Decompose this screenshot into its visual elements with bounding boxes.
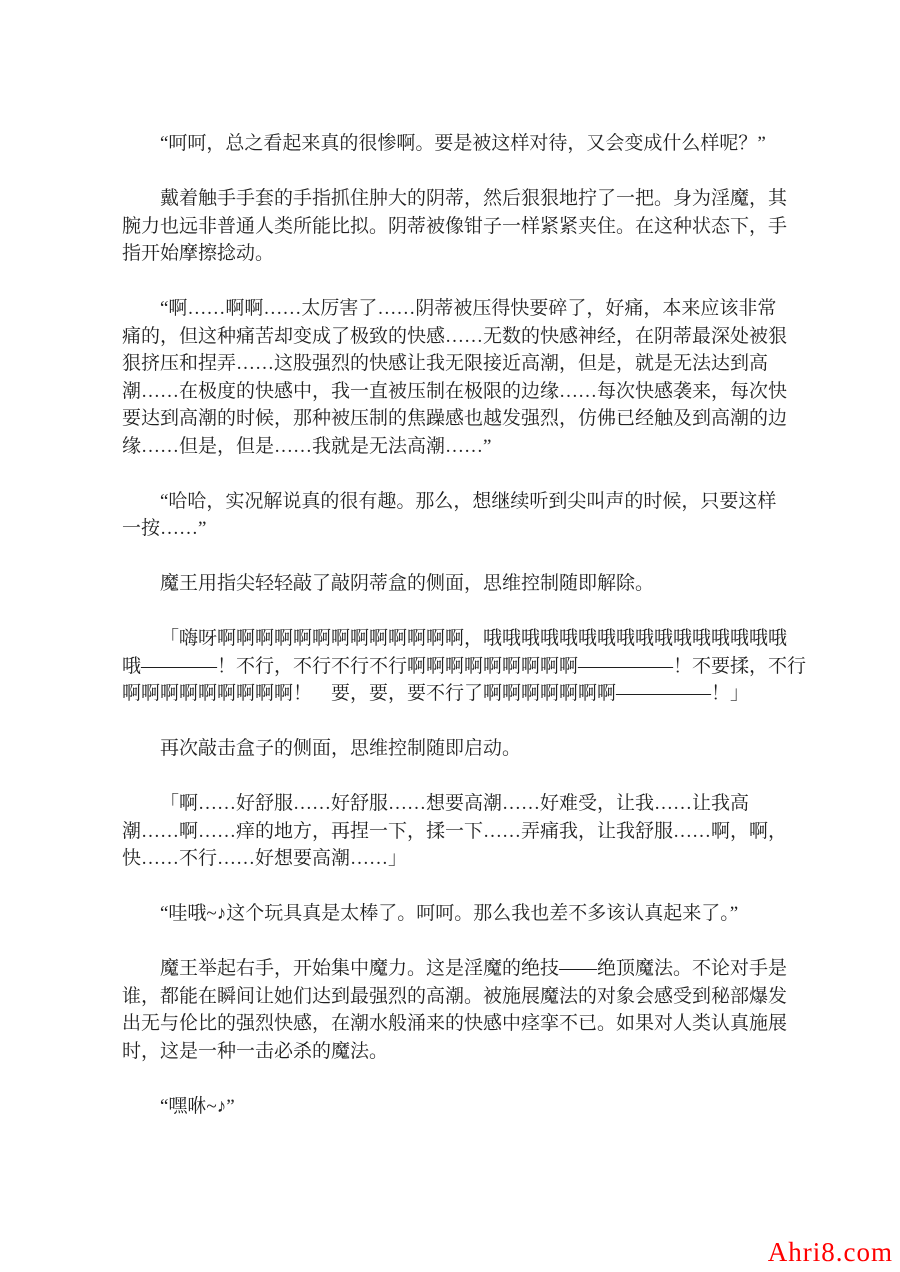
paragraph: 再次敲击盒子的侧面，思维控制随即启动。 (122, 735, 790, 763)
paragraph: 魔王用指尖轻轻敲了敲阴蒂盒的侧面，思维控制随即解除。 (122, 570, 790, 598)
text-line: 出无与伦比的强烈快感，在潮水般涌来的快感中痉挛不已。如果对人类认真施展 (122, 1010, 790, 1038)
text-line: 潮……啊……痒的地方，再捏一下，揉一下……弄痛我，让我舒服……啊，啊， (122, 818, 790, 846)
text-line: “哇哦~♪这个玩具真是太棒了。呵呵。那么我也差不多该认真起来了。” (122, 900, 790, 928)
paragraph: “嘿咻~♪” (122, 1093, 790, 1121)
text-line: 戴着触手手套的手指抓住肿大的阴蒂，然后狠狠地拧了一把。身为淫魔，其 (122, 185, 790, 213)
document-page: “呵呵，总之看起来真的很惨啊。要是被这样对待，又会变成什么样呢？”戴着触手手套的… (0, 0, 900, 1272)
text-line: 谁，都能在瞬间让她们达到最强烈的高潮。被施展魔法的对象会感受到秘部爆发 (122, 983, 790, 1011)
paragraph: “哈哈，实况解说真的很有趣。那么，想继续听到尖叫声的时候，只要这样一按……” (122, 488, 790, 543)
text-line: 潮……在极度的快感中，我一直被压制在极限的边缘……每次快感袭来，每次快 (122, 378, 790, 406)
text-line: 啊啊啊啊啊啊啊啊啊！ 要，要，要不行了啊啊啊啊啊啊啊—————！」 (122, 680, 790, 708)
text-line: “嘿咻~♪” (122, 1093, 790, 1121)
text-line: 时，这是一种一击必杀的魔法。 (122, 1038, 790, 1066)
text-line: “呵呵，总之看起来真的很惨啊。要是被这样对待，又会变成什么样呢？” (122, 130, 790, 158)
text-line: 一按……” (122, 515, 790, 543)
watermark: Ahri8.com (768, 1238, 893, 1268)
text-line: 缘……但是，但是……我就是无法高潮……” (122, 433, 790, 461)
text-line: 要达到高潮的时候，那种被压制的焦躁感也越发强烈，仿佛已经触及到高潮的边 (122, 405, 790, 433)
paragraph: “呵呵，总之看起来真的很惨啊。要是被这样对待，又会变成什么样呢？” (122, 130, 790, 158)
paragraph: “哇哦~♪这个玩具真是太棒了。呵呵。那么我也差不多该认真起来了。” (122, 900, 790, 928)
text-line: 哦————！不行，不行不行不行啊啊啊啊啊啊啊啊啊—————！不要揉，不行 (122, 653, 790, 681)
text-line: 「嗨呀啊啊啊啊啊啊啊啊啊啊啊啊啊，哦哦哦哦哦哦哦哦哦哦哦哦哦哦哦哦 (122, 625, 790, 653)
text-line: 再次敲击盒子的侧面，思维控制随即启动。 (122, 735, 790, 763)
paragraph: 戴着触手手套的手指抓住肿大的阴蒂，然后狠狠地拧了一把。身为淫魔，其腕力也远非普通… (122, 185, 790, 268)
paragraph: 「啊……好舒服……好舒服……想要高潮……好难受，让我……让我高潮……啊……痒的地… (122, 790, 790, 873)
text-line: 痛的，但这种痛苦却变成了极致的快感……无数的快感神经，在阴蒂最深处被狠 (122, 323, 790, 351)
paragraph: 魔王举起右手，开始集中魔力。这是淫魔的绝技——绝顶魔法。不论对手是谁，都能在瞬间… (122, 955, 790, 1065)
text-line: 「啊……好舒服……好舒服……想要高潮……好难受，让我……让我高 (122, 790, 790, 818)
text-line: “哈哈，实况解说真的很有趣。那么，想继续听到尖叫声的时候，只要这样 (122, 488, 790, 516)
text-column: “呵呵，总之看起来真的很惨啊。要是被这样对待，又会变成什么样呢？”戴着触手手套的… (122, 130, 790, 1148)
text-line: 腕力也远非普通人类所能比拟。阴蒂被像钳子一样紧紧夹住。在这种状态下，手 (122, 213, 790, 241)
text-line: 指开始摩擦捻动。 (122, 240, 790, 268)
text-line: 魔王举起右手，开始集中魔力。这是淫魔的绝技——绝顶魔法。不论对手是 (122, 955, 790, 983)
text-line: “啊……啊啊……太厉害了……阴蒂被压得快要碎了，好痛，本来应该非常 (122, 295, 790, 323)
text-line: 魔王用指尖轻轻敲了敲阴蒂盒的侧面，思维控制随即解除。 (122, 570, 790, 598)
text-line: 快……不行……好想要高潮……」 (122, 845, 790, 873)
paragraph: 「嗨呀啊啊啊啊啊啊啊啊啊啊啊啊啊，哦哦哦哦哦哦哦哦哦哦哦哦哦哦哦哦哦————！不… (122, 625, 790, 708)
paragraph: “啊……啊啊……太厉害了……阴蒂被压得快要碎了，好痛，本来应该非常痛的，但这种痛… (122, 295, 790, 460)
text-line: 狠挤压和捏弄……这股强烈的快感让我无限接近高潮，但是，就是无法达到高 (122, 350, 790, 378)
